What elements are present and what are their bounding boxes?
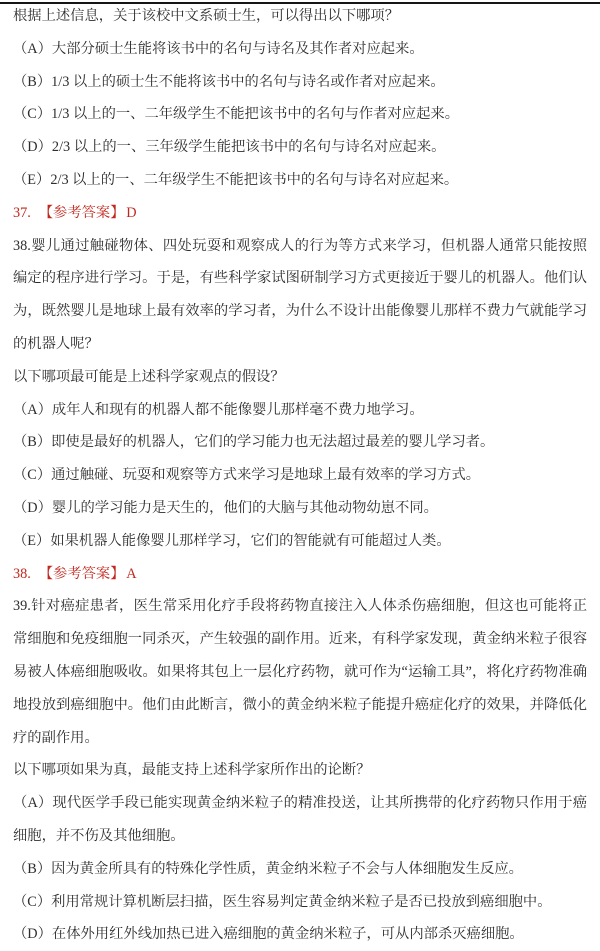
q38-question: 以下哪项最可能是上述科学家观点的假设？ (13, 361, 587, 394)
document-content: 根据上述信息，关于该校中文系硕士生，可以得出以下哪项？ （A）大部分硕士生能将该… (0, 0, 600, 951)
q38-answer-number: 38. (13, 566, 31, 582)
q39-option-c: （C）利用常规计算机断层扫描，医生容易判定黄金纳米粒子是否已投放到癌细胞中。 (13, 886, 587, 919)
question-39-section: 39.针对癌症患者，医生常采用化疗手段将药物直接注入人体杀伤癌细胞，但这也可能将… (13, 590, 587, 951)
q38-option-a: （A）成年人和现有的机器人都不能像婴儿那样毫不费力地学习。 (13, 394, 587, 427)
q38-option-c: （C）通过触碰、玩耍和观察等方式来学习是地球上最有效率的学习方式。 (13, 459, 587, 492)
question-38-section: 38.婴儿通过触碰物体、四处玩耍和观察成人的行为等方式来学习，但机器人通常只能按… (13, 230, 587, 591)
q37-stem: 根据上述信息，关于该校中文系硕士生，可以得出以下哪项？ (13, 0, 587, 33)
q37-answer-line: 37.【参考答案】D (13, 197, 587, 230)
q39-option-d: （D）在体外用红外线加热已进入癌细胞的黄金纳米粒子，可从内部杀灭癌细胞。 (13, 918, 587, 951)
q37-option-c: （C）1/3 以上的一、二年级学生不能把该书中的名句与作者对应起来。 (13, 98, 587, 131)
q38-option-b: （B）即使是最好的机器人，它们的学习能力也无法超过最差的婴儿学习者。 (13, 426, 587, 459)
q39-option-a: （A）现代医学手段已能实现黄金纳米粒子的精准投送，让其所携带的化疗药物只作用于癌… (13, 787, 587, 853)
q38-answer-line: 38.【参考答案】A (13, 558, 587, 591)
q39-question: 以下哪项如果为真，最能支持上述科学家所作出的论断？ (13, 754, 587, 787)
q37-answer-tag: 【参考答案】 (39, 205, 125, 221)
q37-option-a: （A）大部分硕士生能将该书中的名句与诗名及其作者对应起来。 (13, 33, 587, 66)
q37-option-e: （E）2/3 以上的一、二年级学生不能把该书中的名句与诗名对应起来。 (13, 164, 587, 197)
q38-passage: 38.婴儿通过触碰物体、四处玩耍和观察成人的行为等方式来学习，但机器人通常只能按… (13, 230, 587, 361)
q38-option-d: （D）婴儿的学习能力是天生的，他们的大脑与其他动物幼崽不同。 (13, 492, 587, 525)
question-37-section: 根据上述信息，关于该校中文系硕士生，可以得出以下哪项？ （A）大部分硕士生能将该… (13, 0, 587, 230)
q37-answer-number: 37. (13, 205, 31, 221)
q37-answer-letter: D (126, 205, 136, 221)
top-divider (0, 2, 600, 4)
q37-option-b: （B）1/3 以上的硕士生不能将该书中的名句与诗名或作者对应起来。 (13, 66, 587, 99)
q37-option-d: （D）2/3 以上的一、三年级学生能把该书中的名句与诗名对应起来。 (13, 131, 587, 164)
q38-answer-tag: 【参考答案】 (39, 566, 125, 582)
document-page: 根据上述信息，关于该校中文系硕士生，可以得出以下哪项？ （A）大部分硕士生能将该… (0, 0, 600, 951)
q38-answer-letter: A (126, 566, 136, 582)
q39-option-b: （B）因为黄金所具有的特殊化学性质，黄金纳米粒子不会与人体细胞发生反应。 (13, 853, 587, 886)
q38-option-e: （E）如果机器人能像婴儿那样学习，它们的智能就有可能超过人类。 (13, 525, 587, 558)
q39-passage: 39.针对癌症患者，医生常采用化疗手段将药物直接注入人体杀伤癌细胞，但这也可能将… (13, 590, 587, 754)
